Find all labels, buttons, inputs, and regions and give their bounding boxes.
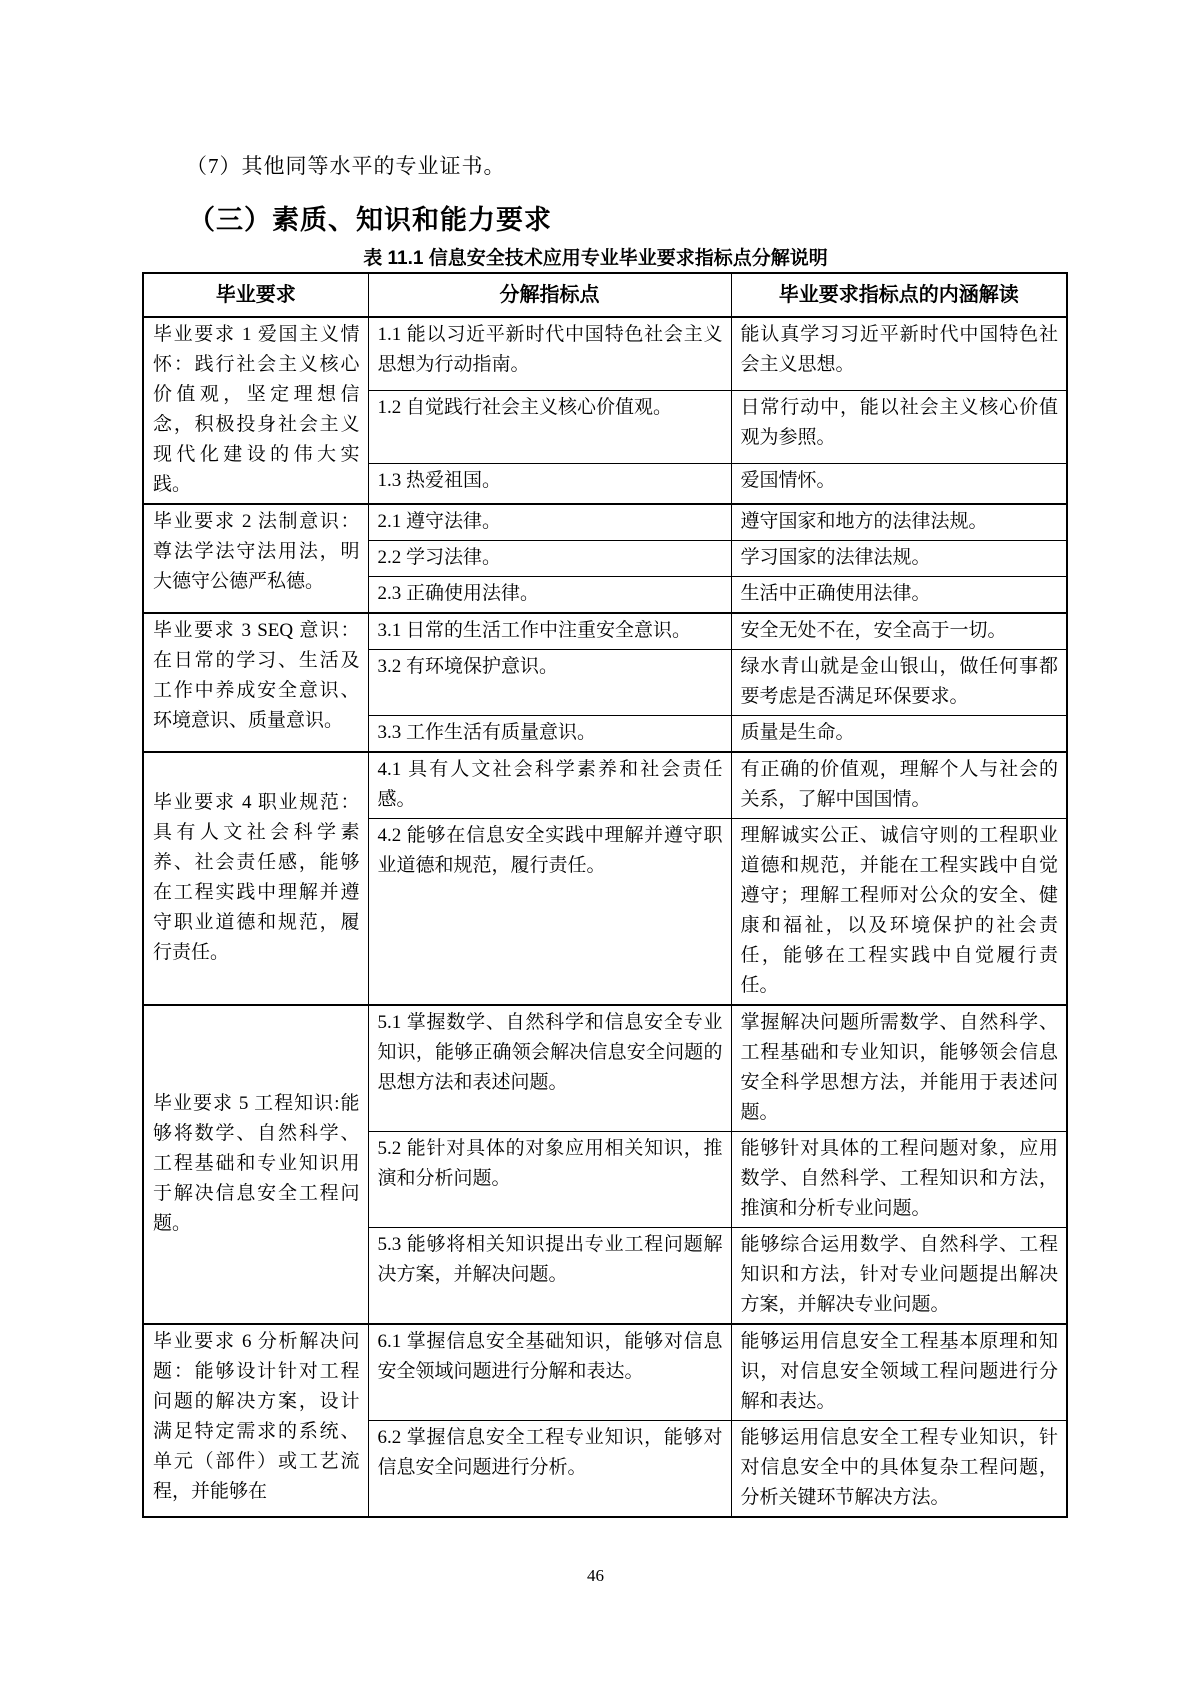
requirements-table: 毕业要求 分解指标点 毕业要求指标点的内涵解读 毕业要求 1 爱国主义情怀：践行…	[142, 272, 1068, 1518]
requirement-cell: 毕业要求 6 分析解决问题：能够设计针对工程问题的解决方案，设计满足特定需求的系…	[143, 1324, 368, 1517]
interpretation-cell: 生活中正确使用法律。	[731, 577, 1067, 614]
requirement-group-6: 毕业要求 6 分析解决问题：能够设计针对工程问题的解决方案，设计满足特定需求的系…	[143, 1324, 1067, 1517]
interpretation-cell: 理解诚实公正、诚信守则的工程职业道德和规范，并能在工程实践中自觉遵守；理解工程师…	[731, 819, 1067, 1006]
indicator-cell: 4.1 具有人文社会科学素养和社会责任感。	[368, 752, 731, 819]
indicator-cell: 6.1 掌握信息安全基础知识，能够对信息安全领域问题进行分解和表达。	[368, 1324, 731, 1421]
interpretation-cell: 遵守国家和地方的法律法规。	[731, 504, 1067, 541]
interpretation-cell: 学习国家的法律法规。	[731, 541, 1067, 577]
interpretation-cell: 能够综合运用数学、自然科学、工程知识和方法，针对专业问题提出解决方案，并解决专业…	[731, 1228, 1067, 1325]
section-heading: （三）素质、知识和能力要求	[188, 198, 552, 237]
indicator-cell: 1.2 自觉践行社会主义核心价值观。	[368, 391, 731, 464]
indicator-cell: 2.1 遵守法律。	[368, 504, 731, 541]
requirement-group-4: 毕业要求 4 职业规范：具有人文社会科学素养、社会责任感，能够在工程实践中理解并…	[143, 752, 1067, 1005]
requirement-group-2: 毕业要求 2 法制意识：尊法学法守法用法，明大德守公德严私德。 2.1 遵守法律…	[143, 504, 1067, 613]
requirement-group-5: 毕业要求 5 工程知识:能够将数学、自然科学、工程基础和专业知识用于解决信息安全…	[143, 1005, 1067, 1324]
indicator-cell: 3.3 工作生活有质量意识。	[368, 716, 731, 753]
certificate-line: （7）其他同等水平的专业证书。	[186, 150, 506, 180]
document-page: { "page": { "certificate_line": "（7）其他同等…	[0, 0, 1191, 1684]
table-row: 毕业要求 3 SEQ 意识：在日常的学习、生活及工作中养成安全意识、环境意识、质…	[143, 613, 1067, 650]
indicator-cell: 3.1 日常的生活工作中注重安全意识。	[368, 613, 731, 650]
interpretation-cell: 能够运用信息安全工程专业知识，针对信息安全中的具体复杂工程问题，分析关键环节解决…	[731, 1421, 1067, 1518]
header-cell-interpretation: 毕业要求指标点的内涵解读	[731, 273, 1067, 317]
table-row: 毕业要求 2 法制意识：尊法学法守法用法，明大德守公德严私德。 2.1 遵守法律…	[143, 504, 1067, 541]
requirement-cell: 毕业要求 4 职业规范：具有人文社会科学素养、社会责任感，能够在工程实践中理解并…	[143, 752, 368, 1005]
table-row: 毕业要求 5 工程知识:能够将数学、自然科学、工程基础和专业知识用于解决信息安全…	[143, 1005, 1067, 1132]
requirement-cell: 毕业要求 5 工程知识:能够将数学、自然科学、工程基础和专业知识用于解决信息安全…	[143, 1005, 368, 1324]
indicator-cell: 1.1 能以习近平新时代中国特色社会主义思想为行动指南。	[368, 317, 731, 391]
interpretation-cell: 爱国情怀。	[731, 464, 1067, 504]
table-row: 毕业要求 6 分析解决问题：能够设计针对工程问题的解决方案，设计满足特定需求的系…	[143, 1324, 1067, 1421]
interpretation-cell: 安全无处不在，安全高于一切。	[731, 613, 1067, 650]
indicator-cell: 5.2 能针对具体的对象应用相关知识，推演和分析问题。	[368, 1132, 731, 1228]
interpretation-cell: 日常行动中，能以社会主义核心价值观为参照。	[731, 391, 1067, 464]
indicator-cell: 1.3 热爱祖国。	[368, 464, 731, 504]
interpretation-cell: 能够针对具体的工程问题对象，应用数学、自然科学、工程知识和方法，推演和分析专业问…	[731, 1132, 1067, 1228]
indicator-cell: 2.2 学习法律。	[368, 541, 731, 577]
table-row: 毕业要求 4 职业规范：具有人文社会科学素养、社会责任感，能够在工程实践中理解并…	[143, 752, 1067, 819]
table-caption: 表 11.1 信息安全技术应用专业毕业要求指标点分解说明	[0, 243, 1191, 270]
header-cell-indicator: 分解指标点	[368, 273, 731, 317]
indicator-cell: 5.1 掌握数学、自然科学和信息安全专业知识，能够正确领会解决信息安全问题的思想…	[368, 1005, 731, 1132]
requirement-cell: 毕业要求 3 SEQ 意识：在日常的学习、生活及工作中养成安全意识、环境意识、质…	[143, 613, 368, 752]
indicator-cell: 4.2 能够在信息安全实践中理解并遵守职业道德和规范，履行责任。	[368, 819, 731, 1006]
table-row: 毕业要求 1 爱国主义情怀：践行社会主义核心价值观，坚定理想信念，积极投身社会主…	[143, 317, 1067, 391]
interpretation-cell: 有正确的价值观，理解个人与社会的关系，了解中国国情。	[731, 752, 1067, 819]
indicator-cell: 2.3 正确使用法律。	[368, 577, 731, 614]
interpretation-cell: 绿水青山就是金山银山，做任何事都要考虑是否满足环保要求。	[731, 650, 1067, 716]
requirement-group-3: 毕业要求 3 SEQ 意识：在日常的学习、生活及工作中养成安全意识、环境意识、质…	[143, 613, 1067, 752]
requirement-group-1: 毕业要求 1 爱国主义情怀：践行社会主义核心价值观，坚定理想信念，积极投身社会主…	[143, 317, 1067, 504]
interpretation-cell: 质量是生命。	[731, 716, 1067, 753]
indicator-cell: 5.3 能够将相关知识提出专业工程问题解决方案，并解决问题。	[368, 1228, 731, 1325]
interpretation-cell: 能认真学习习近平新时代中国特色社会主义思想。	[731, 317, 1067, 391]
interpretation-cell: 掌握解决问题所需数学、自然科学、工程基础和专业知识，能够领会信息安全科学思想方法…	[731, 1005, 1067, 1132]
requirement-cell: 毕业要求 1 爱国主义情怀：践行社会主义核心价值观，坚定理想信念，积极投身社会主…	[143, 317, 368, 504]
header-cell-requirement: 毕业要求	[143, 273, 368, 317]
requirement-cell: 毕业要求 2 法制意识：尊法学法守法用法，明大德守公德严私德。	[143, 504, 368, 613]
page-number: 46	[0, 1566, 1191, 1586]
table-header-row: 毕业要求 分解指标点 毕业要求指标点的内涵解读	[143, 273, 1067, 317]
interpretation-cell: 能够运用信息安全工程基本原理和知识，对信息安全领域工程问题进行分解和表达。	[731, 1324, 1067, 1421]
indicator-cell: 3.2 有环境保护意识。	[368, 650, 731, 716]
indicator-cell: 6.2 掌握信息安全工程专业知识，能够对信息安全问题进行分析。	[368, 1421, 731, 1518]
